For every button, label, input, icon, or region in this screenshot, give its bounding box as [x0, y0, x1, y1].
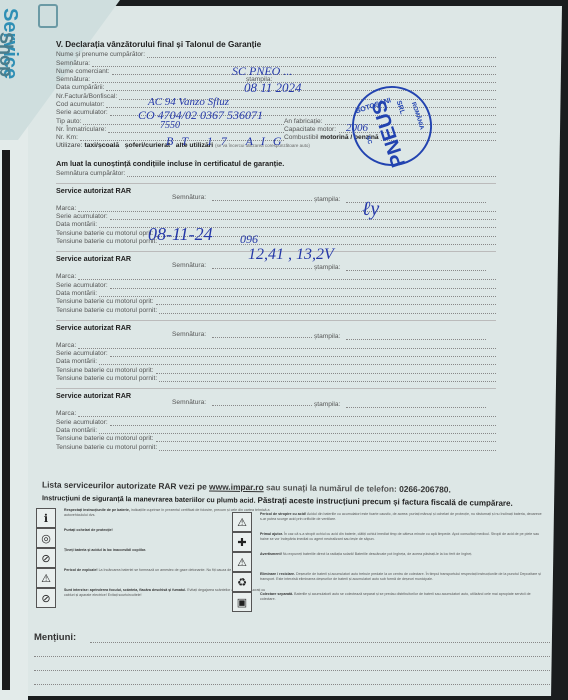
field-label: Tip auto: [56, 118, 81, 125]
service-field-row: Serie acumulator: [56, 212, 496, 220]
field-input[interactable] [147, 51, 496, 58]
stamp-label: ștampila: [314, 196, 340, 203]
field-label: Tensiune baterie cu motorul pornit: [56, 238, 157, 245]
service-field-row: Serie acumulator: [56, 349, 496, 357]
safety-title: Pericol de explozie! [64, 568, 98, 572]
safety-desc: Nu expuneți bateriile direct la radiația… [283, 552, 472, 556]
safety-text: Avertisment! Nu expuneți bateriile direc… [260, 552, 472, 557]
stamp-srl: SRL [395, 100, 406, 115]
stamp-sc: SC [364, 135, 372, 145]
mentions-label: Mențiuni: [34, 632, 76, 643]
safety-text: Purtați ochelari de protecție! [64, 528, 113, 533]
warning-icon: ⚠ [232, 552, 252, 572]
service-field-row: Data montării: [56, 220, 496, 228]
signature-field[interactable] [212, 268, 312, 269]
service-field-row: Marca: [56, 272, 496, 280]
no-children-icon: ⊘ [36, 548, 56, 568]
field-label: Data montării: [56, 290, 97, 297]
field-label: Cod acumulator: [56, 101, 104, 108]
safety-item: ⚠Avertisment! Nu expuneți bateriile dire… [232, 552, 542, 572]
authorized-service-block: Service autorizat RARSemnătura:ștampila:… [56, 183, 496, 245]
safety-title: Țineți bateria și acidul la loc inaccesi… [64, 548, 146, 552]
service-field-row: Tensiune baterie cu motorul oprit: [56, 228, 496, 236]
acknowledgement-text: Am luat la cunoștință condițiile incluse… [56, 159, 496, 168]
field-label: Semnătura: [56, 60, 90, 67]
declaration-field-row: Nume și prenume cumpărător: [56, 50, 496, 58]
usage-option-courier[interactable]: șoferi/curierat [125, 142, 170, 149]
safety-item: ✚Primul ajutor. În caz că s-a stropit oc… [232, 532, 542, 552]
safety-desc: Bateriile și acumulatorii auto se colect… [260, 592, 531, 601]
field-label: Tensiune baterie cu motorul oprit: [56, 367, 154, 374]
stamp-label: ștampila: [314, 401, 340, 408]
service-title: Service autorizat RAR [56, 388, 496, 401]
mount-date-handwritten: 08-11-24 [148, 224, 213, 245]
safety-title: Primul ajutor. [260, 532, 283, 536]
field-label: Serie acumulator: [56, 282, 108, 289]
service-field-row: Data montării: [56, 426, 496, 434]
field-label: Nr. Înmatriculare: [56, 126, 106, 133]
signature-label: Semnătura: [172, 399, 206, 406]
field-input[interactable] [78, 273, 496, 280]
field-label: Semnătura: [56, 76, 90, 83]
explosion-icon: ⚠ [36, 568, 56, 588]
authorized-service-block: Service autorizat RARSemnătura:ștampila:… [56, 320, 496, 382]
first-aid-icon: ✚ [232, 532, 252, 552]
service-field-row: Tensiune baterie cu motorul pornit: [56, 442, 496, 450]
safety-title: Pericol de stropire cu acid! [260, 512, 306, 516]
field-input[interactable] [99, 290, 496, 297]
field-label: Serie acumulator: [56, 419, 108, 426]
service-field-row: Marca: [56, 204, 496, 212]
safety-item: ⚠Pericol de stropire cu acid! Acidul din… [232, 512, 542, 532]
service-field-row: Tensiune baterie cu motorul pornit: [56, 374, 496, 382]
field-label: Nr. Km: [56, 134, 78, 141]
field-input[interactable] [156, 435, 497, 442]
declaration-field-row: Cod acumulator: [56, 100, 496, 108]
brand-logo: Service Shop [2, 4, 52, 134]
engine-capacity-label: Capacitate motor: [284, 126, 338, 133]
lista-prefix: Lista serviceurilor autorizate RAR vezi … [42, 480, 209, 492]
field-label: Tensiune baterie cu motorul pornit: [56, 444, 157, 451]
field-input[interactable] [110, 419, 496, 426]
service-signature-row: Semnătura:ștampila: [56, 401, 496, 409]
field-input[interactable] [99, 358, 496, 365]
field-label: Serie acumulator: [56, 109, 108, 116]
field-label: Tensiune baterie cu motorul pornit: [56, 307, 157, 314]
acid-burn-icon: ⚠ [232, 512, 252, 532]
stamp-label: ștampila: [314, 264, 340, 271]
signature-field[interactable] [212, 200, 312, 201]
field-label: Serie acumulator: [56, 350, 108, 357]
manufacture-year-label: An fabricație: [284, 118, 324, 125]
stamp-center: PNEUS [368, 97, 411, 170]
safety-text: Eliminare / reciclare. Deșeurile de bate… [260, 572, 542, 582]
field-label: Marca: [56, 205, 76, 212]
field-input[interactable] [110, 213, 496, 220]
service-field-row: Data montării: [56, 289, 496, 297]
mentions-line[interactable] [34, 656, 550, 657]
safety-title: Purtați ochelari de protecție! [64, 528, 113, 532]
phone-number: 0266-206780. [399, 484, 451, 495]
goggles-icon: ◎ [36, 528, 56, 548]
impar-link[interactable]: www.impar.ro [209, 482, 264, 493]
service-signature-handwritten: ℓy [362, 198, 379, 221]
field-input[interactable] [78, 342, 496, 349]
mentions-line[interactable] [90, 642, 550, 643]
stamp-label: ștampila: [314, 333, 340, 340]
field-label: Marca: [56, 342, 76, 349]
service-title: Service autorizat RAR [56, 183, 496, 196]
mentions-line[interactable] [34, 670, 550, 671]
recycle-icon: ♻ [232, 572, 252, 592]
signature-label: Semnătura: [172, 262, 206, 269]
field-label: Tensiune baterie cu motorul pornit: [56, 375, 157, 382]
safety-text: Colectare separată. Bateriile și acumula… [260, 592, 542, 602]
service-signature-row: Semnătura:ștampila: [56, 196, 496, 204]
merchant-name-handwritten: SC PNEO ... [232, 64, 292, 79]
field-label: Tensiune baterie cu motorul oprit: [56, 435, 154, 442]
field-label: Marca: [56, 273, 76, 280]
service-field-row: Marca: [56, 409, 496, 417]
field-label: Nume comerciant: [56, 68, 110, 75]
safety-desc: La încărcarea bateriei se formează un am… [99, 568, 247, 572]
field-input[interactable] [110, 282, 496, 289]
stamp-country: ROMÂNIA [410, 102, 425, 131]
field-label: Tensiune baterie cu motorul oprit: [56, 298, 154, 305]
safety-title: Avertisment! [260, 552, 282, 556]
safety-instructions: ℹRespectați instrucțiunile de pe baterie… [36, 508, 546, 608]
buyer-signature-row: Semnătura cumpărător: [56, 168, 496, 176]
safety-text: Țineți bateria și acidul la loc inaccesi… [64, 548, 146, 553]
safety-text: Primul ajutor. În caz că s-a stropit och… [260, 532, 542, 542]
stamp-field[interactable] [346, 270, 486, 271]
service-field-row: Serie acumulator: [56, 280, 496, 288]
field-input[interactable] [78, 205, 496, 212]
field-input[interactable] [156, 298, 497, 305]
safety-title: Colectare separată. [260, 592, 293, 596]
field-input[interactable] [156, 367, 497, 374]
service-field-row: Marca: [56, 341, 496, 349]
signature-field[interactable] [212, 337, 312, 338]
no-fire-icon: ⊘ [36, 588, 56, 608]
info-icon: ℹ [36, 508, 56, 528]
voltage-handwritten: 12,41 , 13,2V [248, 246, 334, 264]
stamp-field[interactable] [346, 339, 486, 340]
service-field-row: Serie acumulator: [56, 417, 496, 425]
signature-label: Semnătura: [172, 331, 206, 338]
field-input[interactable] [159, 375, 496, 382]
safety-text: Pericol de stropire cu acid! Acidul din … [260, 512, 542, 522]
service-signature-row: Semnătura:ștampila: [56, 333, 496, 341]
lista-middle: sau sunați la numărul de telefon: [264, 482, 400, 494]
field-label: Nume și prenume cumpărător: [56, 51, 145, 58]
mentions-line[interactable] [34, 684, 550, 685]
field-label: Data montării: [56, 427, 97, 434]
safety-title: Eliminare / reciclare. [260, 572, 295, 576]
field-label: Tensiune baterie cu motorul oprit: [56, 230, 154, 237]
authorized-service-block: Service autorizat RARSemnătura:ștampila:… [56, 388, 496, 450]
service-field-row: Tensiune baterie cu motorul oprit: [56, 297, 496, 305]
service-field-row: Tensiune baterie cu motorul oprit: [56, 365, 496, 373]
field-input[interactable] [110, 350, 496, 357]
safety-item: ♻Eliminare / reciclare. Deșeurile de bat… [232, 572, 542, 592]
stamp-field[interactable] [346, 407, 486, 408]
shop-logo-icon [38, 4, 58, 28]
battery-serial-handwritten: CO 4704/02 0367 536071 [138, 108, 263, 123]
service-field-row: Tensiune baterie cu motorul pornit: [56, 237, 496, 245]
field-input[interactable] [99, 427, 496, 434]
buyer-signature-label: Semnătura cumpărător: [56, 170, 125, 177]
brand-shop-text: Shop [0, 32, 16, 77]
usage-option-taxi[interactable]: taxi/școală [84, 142, 119, 149]
field-label: Serie acumulator: [56, 213, 108, 220]
field-input[interactable] [78, 410, 496, 417]
usage-label: Utilizare: [56, 142, 82, 149]
separate-collection-icon: ▣ [232, 592, 252, 612]
field-label: Data montării: [56, 221, 97, 228]
field-label: Data montării: [56, 358, 97, 365]
service-field-row: Data montării: [56, 357, 496, 365]
safety-desc: În caz că s-a stropit ochiul cu acid din… [260, 532, 539, 541]
service-field-row: Tensiune baterie cu motorul oprit: [56, 434, 496, 442]
buyer-signature-field[interactable] [127, 170, 496, 177]
field-label: Nr.Factură/Bonfiscal: [56, 93, 117, 100]
safety-title: Sunt interzise: aprinderea focului, scân… [64, 588, 186, 592]
invoice-handwritten: AC 94 Vanzo Sfluz [148, 96, 229, 108]
field-input[interactable] [92, 60, 496, 67]
declaration-title: V. Declarația vânzătorului final și Talo… [56, 40, 496, 49]
signature-field[interactable] [212, 405, 312, 406]
service-title: Service autorizat RAR [56, 320, 496, 333]
service-serial-handwritten: 096 [240, 232, 258, 247]
plate-handwritten: BT 17 AIG [166, 134, 290, 149]
signature-label: Semnătura: [172, 194, 206, 201]
purchase-date-handwritten: 08 11 2024 [244, 80, 302, 96]
safety-text: Pericol de explozie! La încărcarea bater… [64, 568, 246, 573]
service-field-row: Tensiune baterie cu motorul pornit: [56, 305, 496, 313]
safety-desc: Deșeurile de baterii și acumulatori auto… [260, 572, 541, 581]
safety-title: Respectați instrucțiunile de pe baterie, [64, 508, 130, 512]
field-input[interactable] [159, 444, 496, 451]
field-label: Marca: [56, 410, 76, 417]
field-label: Data cumpărării: [56, 84, 104, 91]
safety-item: ▣Colectare separată. Bateriile și acumul… [232, 592, 542, 612]
field-input[interactable] [159, 307, 496, 314]
car-type-handwritten: 7550 [160, 120, 180, 131]
field-input[interactable] [112, 68, 496, 75]
service-signature-row: Semnătura:ștampila: [56, 264, 496, 272]
